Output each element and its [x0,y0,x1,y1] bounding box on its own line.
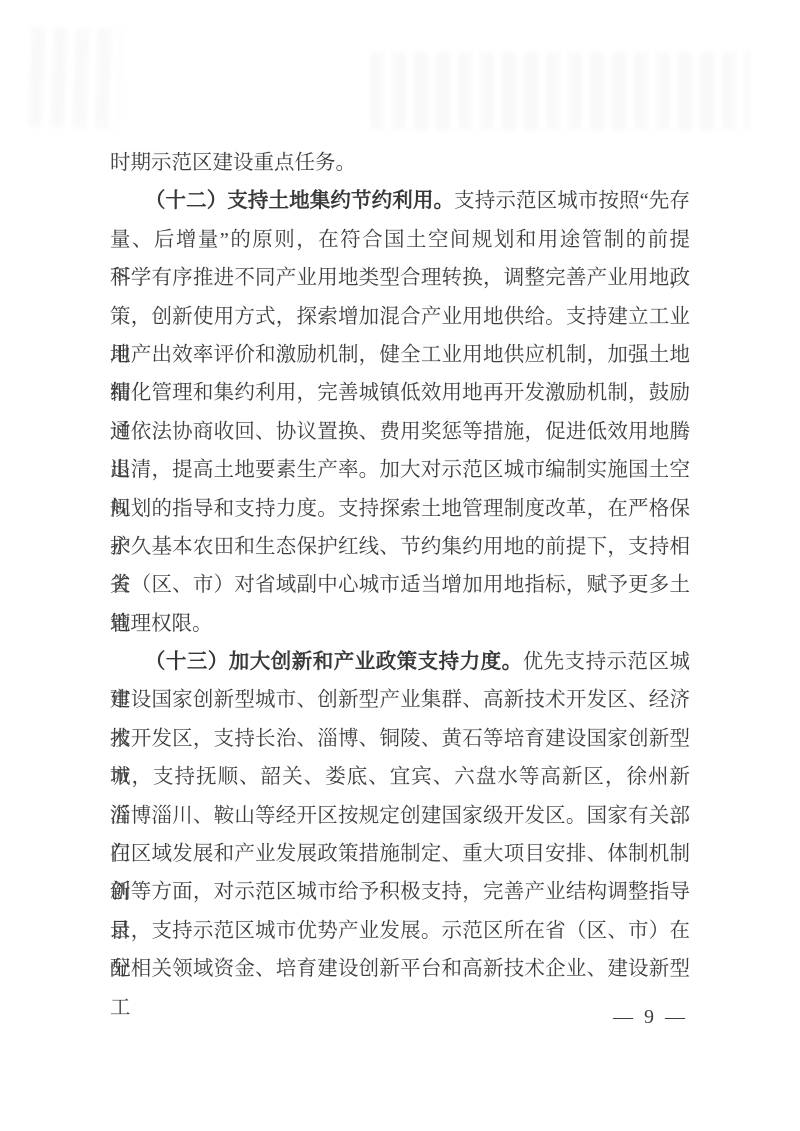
line-text: 支持示范区城市按照“先存 [454,190,690,212]
document-body-text: 时期示范区建设重点任务。（十二）支持土地集约节约利用。支持示范区城市按照“先存量… [110,144,690,989]
text-line: 出清，提高土地要素生产率。加大对示范区城市编制实施国土空间 [110,451,690,489]
text-line: 过依法协商收回、协议置换、费用奖惩等措施，促进低效用地腾退 [110,413,690,451]
text-line: 永久基本农田和生态保护红线、节约集约用地的前提下，支持相关 [110,528,690,566]
text-line: 配相关领域资金、培育建设创新平台和高新技术企业、建设新型工 [110,950,690,988]
scan-bleed-artifact [370,52,750,130]
scan-bleed-artifact [28,26,121,129]
text-line: 术开发区，支持长治、淄博、铜陵、黄石等培育建设国家创新型城 [110,720,690,758]
text-line: 地产出效率评价和激励机制，健全工业用地供应机制，加强土地精 [110,336,690,374]
scanned-document-page: { "colors": { "paper": "#ffffff", "ink":… [0,0,800,1131]
line-text: 科学有序推进不同产业用地类型合理转换，调整完善产业用地政 [110,267,690,289]
text-line: 细化管理和集约利用，完善城镇低效用地再开发激励机制，鼓励通 [110,374,690,412]
paragraph-lead-bold: （十二）支持土地集约节约利用。 [145,190,454,212]
text-line: 建设国家创新型城市、创新型产业集群、高新技术开发区、经济技 [110,681,690,719]
text-line: 时期示范区建设重点任务。 [110,144,690,182]
paragraph-lead-bold: （十三）加大创新和产业政策支持力度。 [145,651,523,673]
line-text: 时期示范区建设重点任务。 [110,152,356,174]
text-line: 录，支持示范区城市优势产业发展。示范区所在省（区、市）在分 [110,912,690,950]
page-number: — 9 — [613,1002,688,1032]
text-line: 省（区、市）对省域副中心城市适当增加用地指标，赋予更多土地 [110,566,690,604]
text-line: 科学有序推进不同产业用地类型合理转换，调整完善产业用地政 [110,259,690,297]
text-line: 淄博淄川、鞍山等经开区按规定创建国家级开发区。国家有关部门 [110,797,690,835]
paragraph-heading-line: （十三）加大创新和产业政策支持力度。优先支持示范区城市 [110,643,690,681]
line-text: 配相关领域资金、培育建设创新平台和高新技术企业、建设新型工 [110,958,690,1018]
line-text: 管理权限。 [110,613,213,635]
text-line: 量、后增量”的原则，在符合国土空间规划和用途管制的前提下， [110,221,690,259]
text-line: 策，创新使用方式，探索增加混合产业用地供给。支持建立工业用 [110,298,690,336]
paragraph-heading-line: （十二）支持土地集约节约利用。支持示范区城市按照“先存 [110,182,690,220]
text-line: 市，支持抚顺、韶关、娄底、宜宾、六盘水等高新区，徐州新沂、 [110,758,690,796]
text-line: 管理权限。 [110,605,690,643]
text-line: 新等方面，对示范区城市给予积极支持，完善产业结构调整指导目 [110,873,690,911]
text-line: 在区域发展和产业发展政策措施制定、重大项目安排、体制机制创 [110,835,690,873]
text-line: 规划的指导和支持力度。支持探索土地管理制度改革，在严格保护 [110,490,690,528]
